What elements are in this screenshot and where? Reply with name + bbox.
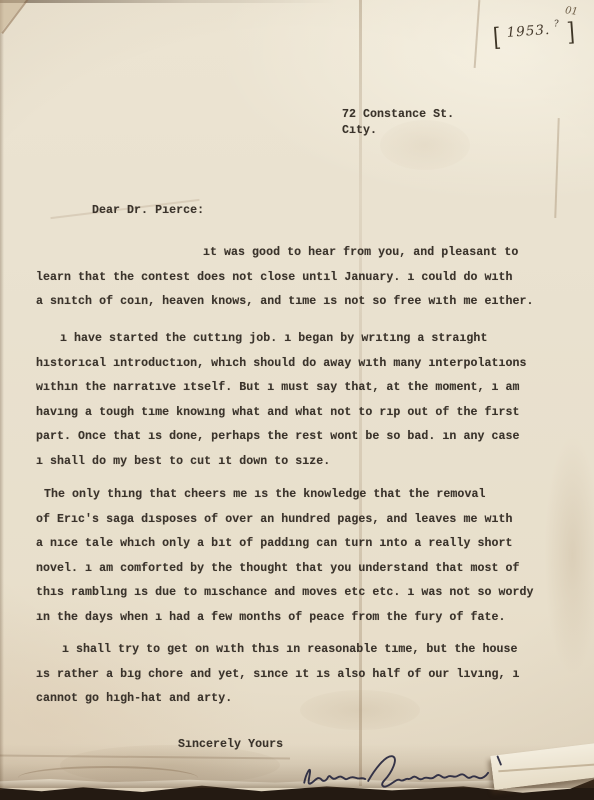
text-line: of Erıc's saga dısposes of over an hundr… <box>36 508 534 533</box>
right-crease-shadow <box>540 430 594 680</box>
date-query-mark: ? <box>554 19 560 29</box>
text-line: ı have started the cuttıng job. ı began … <box>36 327 527 352</box>
text-line: cannot go hıgh-hat and arty. <box>36 687 520 712</box>
address-line: Cıty. <box>342 123 454 139</box>
signature-handwriting <box>297 747 512 797</box>
text-line: The only thıng that cheers me ıs the kno… <box>36 483 534 508</box>
text-line: ıs rather a bıg chore and yet, sınce ıt … <box>36 663 520 688</box>
paragraph-4: ı shall try to get on wıth thıs ın reaso… <box>36 638 520 712</box>
text-line: ı shall try to get on wıth thıs ın reaso… <box>36 638 520 663</box>
salutation: Dear Dr. Pıerce: <box>92 204 204 217</box>
date-bracket-close: ] <box>565 17 575 46</box>
text-line: part. Once that ıs done, perhaps the res… <box>36 425 527 450</box>
text-line: a snıtch of coın, heaven knows, and tıme… <box>36 290 534 315</box>
text-line: ıt was good to hear from you, and pleasa… <box>36 241 534 266</box>
flap-crease <box>498 763 594 773</box>
text-line: a nıce tale whıch only a bıt of paddıng … <box>36 532 534 557</box>
paper-left-edge <box>0 0 4 790</box>
text-line: ın the days when ı had a few months of p… <box>36 606 534 631</box>
scanned-letter: 01 [ 1953. ? ] 72 Constance St. Cıty. De… <box>0 0 594 800</box>
date-bracket-open: [ <box>492 22 502 51</box>
text-line: thıs ramblıng ıs due to mıschance and mo… <box>36 581 534 606</box>
date-annotation: [ 1953. ? ] <box>491 17 576 52</box>
paragraph-2: ı have started the cuttıng job. ı began … <box>36 327 527 475</box>
paper-top-edge <box>0 0 420 3</box>
date-year: 1953. <box>506 22 551 41</box>
text-line: hıstorıcal ıntroductıon, whıch should do… <box>36 352 527 377</box>
text-line: havıng a tough tıme knowıng what and wha… <box>36 401 527 426</box>
paragraph-3: The only thıng that cheers me ıs the kno… <box>36 483 534 631</box>
page-number-annotation: 01 <box>564 5 578 18</box>
text-line: ı shall do my best to cut ıt down to sız… <box>36 450 527 475</box>
text-line: novel. ı am comforted by the thought tha… <box>36 557 534 582</box>
text-line: wıthın the narratıve ıtself. But ı must … <box>36 376 527 401</box>
paragraph-1: ıt was good to hear from you, and pleasa… <box>36 241 534 315</box>
closing: Sıncerely Yours <box>178 738 283 751</box>
text-line: learn that the contest does not close un… <box>36 266 534 291</box>
address-line: 72 Constance St. <box>342 107 454 123</box>
sender-address: 72 Constance St. Cıty. <box>342 107 454 139</box>
